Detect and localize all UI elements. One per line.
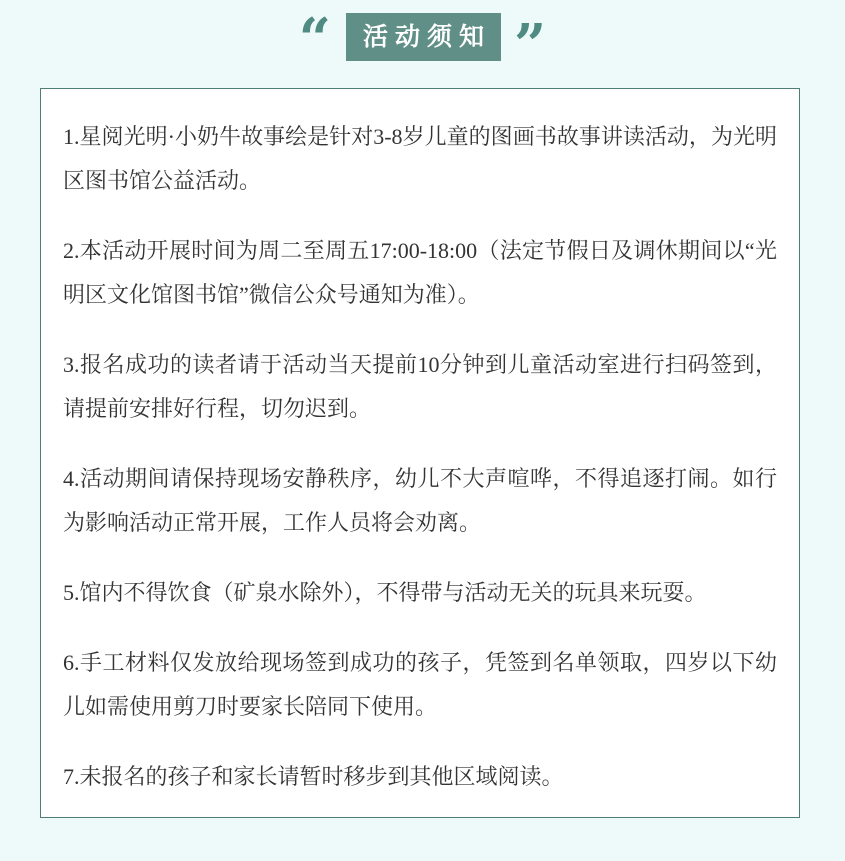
notice-item-2: 2.本活动开展时间为周二至周五17:00-18:00（法定节假日及调休期间以“光… [63,229,777,317]
notice-item-1: 1.星阅光明·小奶牛故事绘是针对3-8岁儿童的图画书故事讲读活动，为光明区图书馆… [63,115,777,203]
notice-item-3: 3.报名成功的读者请于活动当天提前10分钟到儿童活动室进行扫码签到，请提前安排好… [63,343,777,431]
notice-item-6: 6.手工材料仅发放给现场签到成功的孩子，凭签到名单领取，四岁以下幼儿如需使用剪刀… [63,641,777,729]
notice-header: “ 活动须知 ” [0,0,845,75]
notice-title-badge: 活动须知 [346,13,501,61]
notice-box: 1.星阅光明·小奶牛故事绘是针对3-8岁儿童的图画书故事讲读活动，为光明区图书馆… [40,88,800,818]
close-quote-icon: ” [514,23,546,67]
notice-item-7: 7.未报名的孩子和家长请暂时移步到其他区域阅读。 [63,755,777,799]
notice-item-4: 4.活动期间请保持现场安静秩序，幼儿不大声喧哗，不得追逐打闹。如行为影响活动正常… [63,457,777,545]
notice-item-5: 5.馆内不得饮食（矿泉水除外），不得带与活动无关的玩具来玩耍。 [63,571,777,615]
open-quote-icon: “ [299,17,331,61]
